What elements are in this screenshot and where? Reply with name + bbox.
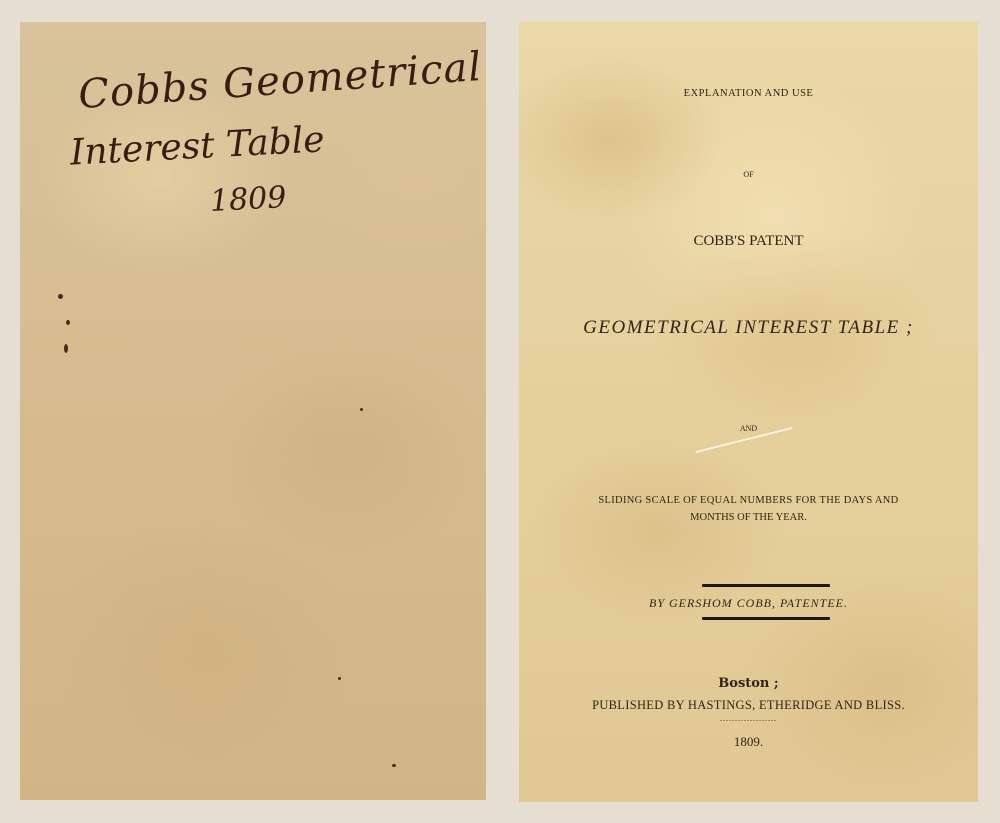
title-explanation: EXPLANATION AND USE — [519, 88, 978, 99]
right-page-title-page: EXPLANATION AND USE OF COBB'S PATENT GEO… — [519, 22, 978, 802]
handwritten-year: 1809 — [209, 180, 287, 219]
imprint-year: 1809. — [519, 734, 978, 750]
ink-spot — [64, 344, 68, 353]
ink-spot — [338, 677, 341, 680]
title-and: AND — [519, 424, 978, 433]
title-sliding-scale: SLIDING SCALE OF EQUAL NUMBERS FOR THE D… — [519, 495, 978, 506]
handwritten-title-line2: Interest Table — [69, 119, 325, 173]
left-page-endpaper: Cobbs Geometrical Interest Table 1809 — [20, 22, 486, 800]
ink-spot — [66, 320, 70, 325]
ink-spot — [58, 294, 63, 299]
title-cobbs-patent: COBB'S PATENT — [519, 233, 978, 250]
title-months: MONTHS OF THE YEAR. — [519, 512, 978, 523]
title-of: OF — [519, 170, 978, 179]
ink-spot — [360, 408, 363, 411]
title-geometrical-interest-table: GEOMETRICAL INTEREST TABLE ; — [519, 317, 978, 339]
imprint-place: Boston ; — [519, 676, 978, 691]
imprint-publisher: PUBLISHED BY HASTINGS, ETHERIDGE AND BLI… — [519, 698, 978, 713]
handwritten-title-line1: Cobbs Geometrical — [77, 44, 484, 118]
ink-spot — [392, 764, 396, 767]
rule-divider-top — [702, 584, 830, 587]
author-line: BY GERSHOM COBB, PATENTEE. — [519, 596, 978, 611]
imprint-dotted-divider: ................... — [519, 714, 978, 723]
rule-divider-bottom — [702, 617, 830, 620]
